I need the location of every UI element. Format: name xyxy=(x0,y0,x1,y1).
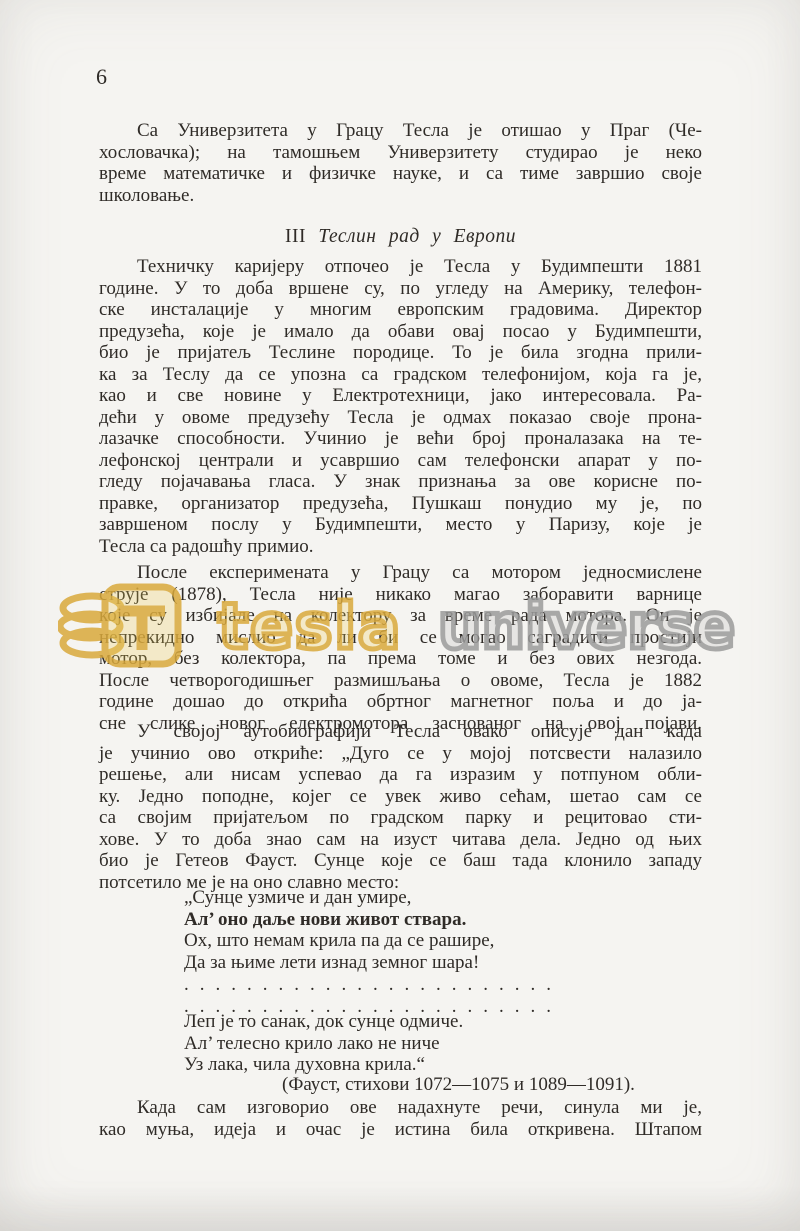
paragraph-motor: После експеримената у Грацу са мотором ј… xyxy=(99,562,702,734)
text-line: са својим пријатељом по градском парку и… xyxy=(99,807,702,829)
text-line: У својој аутобиографији Тесла овако опис… xyxy=(99,721,702,743)
text-line: Тесла са радошћу примио. xyxy=(99,536,702,558)
text-line: струје (1878), Тесла није никако магао з… xyxy=(99,584,702,606)
text-line: Ал’ телесно крило лако не ниче xyxy=(184,1033,614,1055)
text-line: лазачке способности. Учинио је већи број… xyxy=(99,428,702,450)
verse-citation: (Фауст, стихови 1072—1075 и 1089—1091). xyxy=(282,1074,702,1096)
text-line: као и све новине у Електротехници, јако … xyxy=(99,385,702,407)
section-heading: III Теслин рад у Европи xyxy=(99,226,702,248)
faust-verse-1: „Сунце узмиче и дан умире,Ал’ оно даље н… xyxy=(184,887,614,973)
text-line: време математичке и физичке науке, и са … xyxy=(99,163,702,185)
text-line: хове. У то доба знао сам на изуст читава… xyxy=(99,829,702,851)
text-line: непрекидно мислио да ли би се могао сагр… xyxy=(99,627,702,649)
book-page: 6 Са Универзитета у Грацу Тесла је отиша… xyxy=(0,0,800,1231)
text-line: лефонској централи и усавршио сам телефо… xyxy=(99,450,702,472)
text-line: Техничку каријеру отпочео је Тесла у Буд… xyxy=(99,256,702,278)
text-line: био је пријатељ Теслине породице. То је … xyxy=(99,342,702,364)
text-line: године дошао до открића обртног магнетно… xyxy=(99,691,702,713)
text-line: Ох, што немам крила па да се рашире, xyxy=(184,930,614,952)
ellipsis-row: ........................ xyxy=(184,974,614,996)
text-line: школовање. xyxy=(99,185,702,207)
text-line: као муња, идеја и очас је истина била от… xyxy=(99,1119,702,1141)
text-line: Да за њиме лети изнад земног шара! xyxy=(184,952,614,974)
text-line: Када сам изговорио ове надахнуте речи, с… xyxy=(99,1097,702,1119)
text-line: Ал’ оно даље нови живот ствара. xyxy=(184,909,614,931)
text-line: Уз лака, чила духовна крила.“ xyxy=(184,1054,614,1076)
text-line: је учинио ово откриће: „Дуго се у мојој … xyxy=(99,743,702,765)
text-line: После четворогодишњег размишљања о овоме… xyxy=(99,670,702,692)
text-line: које су избијале на колектору за време р… xyxy=(99,605,702,627)
text-line: ку. Једно поподне, којег се увек живо се… xyxy=(99,786,702,808)
text-line: мотор, без колектора, па према томе и бе… xyxy=(99,648,702,670)
text-line: предузећа, које је имало да обави овај п… xyxy=(99,321,702,343)
heading-text: Теслин рад у Европи xyxy=(318,226,516,247)
text-line: завршеном послу у Будимпешти, место у Па… xyxy=(99,514,702,536)
text-line: ка за Теслу да се упозна са градском тел… xyxy=(99,364,702,386)
text-line: правке, организатор предузећа, Пушкаш по… xyxy=(99,493,702,515)
paragraph-budapest: Техничку каријеру отпочео је Тесла у Буд… xyxy=(99,256,702,557)
text-line: хословачка); на тамошњем Универзитету ст… xyxy=(99,142,702,164)
paragraph-intro: Са Универзитета у Грацу Тесла је отишао … xyxy=(99,120,702,206)
text-line: „Сунце узмиче и дан умире, xyxy=(184,887,614,909)
paragraph-autobiography: У својој аутобиографији Тесла овако опис… xyxy=(99,721,702,893)
text-line: Леп је то санак, док сунце одмиче. xyxy=(184,1011,614,1033)
text-line: ске инсталације у многим европским градо… xyxy=(99,299,702,321)
text-line: био је Гетеов Фауст. Сунце које се баш т… xyxy=(99,850,702,872)
heading-numeral: III xyxy=(285,226,318,247)
text-line: године. У то доба вршене су, по угледу н… xyxy=(99,278,702,300)
text-line: После експеримената у Грацу са мотором ј… xyxy=(99,562,702,584)
text-line: гледу појачавања гласа. У знак признања … xyxy=(99,471,702,493)
paragraph-closing: Када сам изговорио ове надахнуте речи, с… xyxy=(99,1097,702,1140)
text-column: Са Универзитета у Грацу Тесла је отишао … xyxy=(99,0,702,1231)
text-line: Са Универзитета у Грацу Тесла је отишао … xyxy=(99,120,702,142)
text-line: решење, али нисам успевао да га изразим … xyxy=(99,764,702,786)
faust-verse-2: Леп је то санак, док сунце одмиче.Ал’ те… xyxy=(184,1011,614,1076)
text-line: дећи у овоме предузећу Тесла је одмах по… xyxy=(99,407,702,429)
